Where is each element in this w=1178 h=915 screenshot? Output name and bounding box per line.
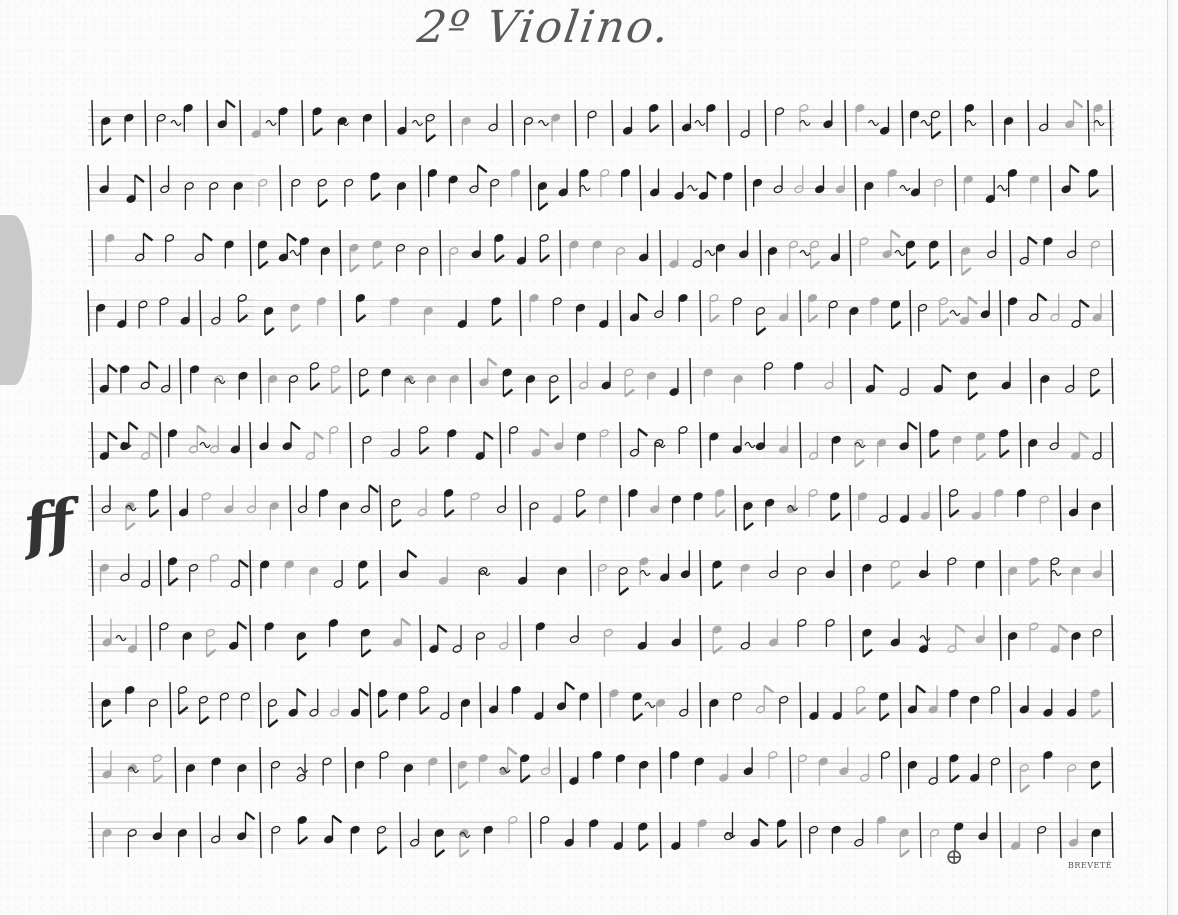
staff <box>88 290 1114 336</box>
dynamic-marking-ff: ff <box>19 487 78 563</box>
staff <box>88 550 1114 596</box>
staff <box>88 747 1114 793</box>
staff <box>88 165 1114 211</box>
staff <box>88 358 1114 404</box>
staff <box>88 615 1114 661</box>
stamp-icon: ⊕ <box>945 845 963 870</box>
staff <box>88 682 1114 728</box>
staff <box>88 230 1114 276</box>
staff <box>88 422 1114 468</box>
staff <box>88 100 1114 146</box>
manuscript-page: 2º Violino. ff ⊕ BREVETÉ <box>0 0 1178 915</box>
music-score <box>0 0 1178 915</box>
printer-mark: BREVETÉ <box>1068 861 1112 870</box>
staff <box>88 485 1114 531</box>
